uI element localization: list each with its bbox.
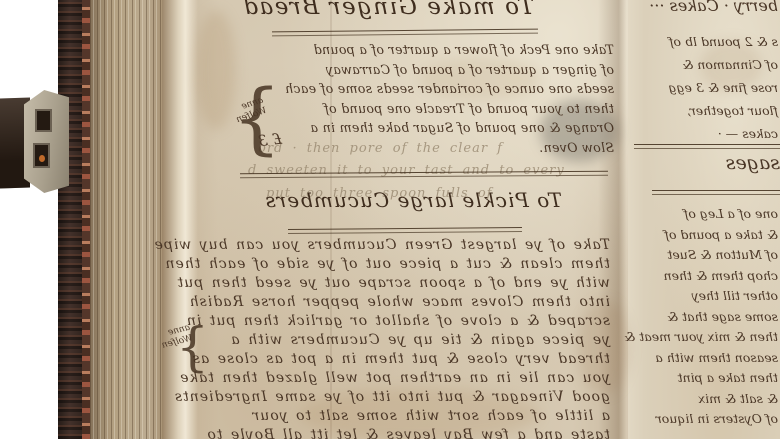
- recipe-line: good Vineagar & put into itt of ye same …: [148, 388, 610, 407]
- facing-line: one of a Leg of: [606, 204, 778, 225]
- recipe-line: scraped & a clove of shallot or garlick …: [148, 312, 610, 331]
- facing-line: chop them & then: [606, 266, 778, 287]
- recipe-line: with ye end of a spoon scrape out ye see…: [148, 274, 610, 293]
- recipe2-body: Take of ye largest Green Cucumbers you c…: [148, 236, 610, 439]
- recipe-line: into them Cloves mace whole pepper horse…: [148, 293, 610, 312]
- facing-line: then & mix your meat &: [606, 327, 778, 348]
- recipe-line: Orange & one pound of Sugar bake them in…: [248, 118, 614, 138]
- facing-line: of Mutton & Suet: [606, 245, 778, 266]
- recipe2-title: To Pickle large Cucumbers: [262, 188, 562, 212]
- recipe-line: Take one Peck of flower a quarter of a p…: [248, 40, 614, 60]
- recipe-line: of ginger a quarter of a pound of Carraw…: [248, 60, 614, 80]
- recipe-line: a little of each sort with some salt to …: [148, 407, 610, 426]
- facing-line: & take a pound of: [606, 225, 778, 246]
- facing-line: of Oysters in liquor: [606, 409, 778, 430]
- facing-heading-fragment: berry · Cakes ···: [622, 0, 778, 15]
- recipe-line: seeds one ounce of coriander seeds some …: [248, 79, 614, 99]
- facing-line: s & 2 pound lb of: [622, 30, 778, 53]
- recipe-line: taste and a few Bay leaves & let itt all…: [148, 426, 610, 439]
- recipe1-title: To make Ginger Bread: [228, 0, 534, 20]
- facing-heading-fragment: sages: [660, 152, 780, 174]
- recipe-line: ye piece again & tie up ye Cucumbers wit…: [148, 331, 610, 350]
- clasp-hole: [33, 143, 50, 168]
- clasp-plate: [24, 90, 69, 193]
- facing-line: of Cinnamon &: [622, 53, 778, 76]
- facing-line: rose fine & 3 egg: [622, 76, 778, 99]
- facing-section2: one of a Leg of & take a pound of of Mut…: [606, 204, 778, 430]
- recipe-line: Take of ye largest Green Cucumbers you c…: [148, 236, 610, 255]
- recipe-line: thread very close & put them in a pot as…: [148, 350, 610, 369]
- cover-rust-edge: [82, 0, 90, 439]
- heading-rule: [652, 190, 780, 195]
- facing-line: other till they: [606, 286, 778, 307]
- facing-section1: s & 2 pound lb of of Cinnamon & rose fin…: [622, 30, 778, 145]
- heading-rule: [634, 144, 780, 149]
- facing-line: cakes — ·: [622, 122, 778, 145]
- recipe1-body: Take one Peck of flower a quarter of a p…: [248, 40, 614, 158]
- recipe-line: them clean & cut a piece out of ye side …: [148, 255, 610, 274]
- recipe-line: you can lie in an earthen pot well glaze…: [148, 369, 610, 388]
- book-cover-edge: [58, 0, 84, 439]
- facing-line: season them with a: [606, 348, 778, 369]
- clasp-hole: [35, 109, 52, 132]
- rust-spot: [39, 155, 45, 162]
- facing-line: some sage that &: [606, 307, 778, 328]
- facing-line: flour together,: [622, 99, 778, 122]
- facing-line: & salt & mix: [606, 389, 778, 410]
- photo-canvas: To make Ginger Bread Take one Peck of fl…: [0, 0, 780, 439]
- facing-line: then take a pint: [606, 368, 778, 389]
- recipe-line: Slow Oven.: [248, 138, 614, 158]
- recipe-line: then to your pound of Treacle one pound …: [248, 99, 614, 119]
